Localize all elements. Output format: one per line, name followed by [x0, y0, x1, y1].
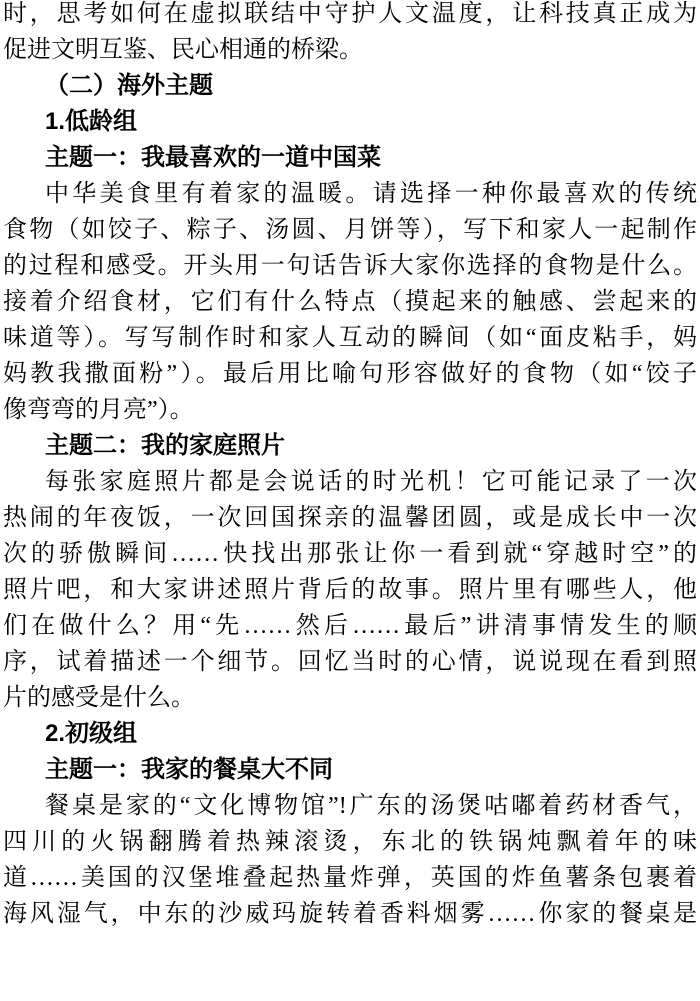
- body-text-line: 餐桌是家的“文化博物馆”!广东的汤煲咕嘟着药材香气，: [3, 788, 697, 824]
- body-text-line: 的过程和感受。开头用一句话告诉大家你选择的食物是什么。: [3, 248, 697, 284]
- body-text-line: 片的感受是什么。: [3, 680, 697, 716]
- body-text-line: 照片吧，和大家讲述照片背后的故事。照片里有哪些人，他: [3, 572, 697, 608]
- body-text-line: 味道等）。写写制作时和家人互动的瞬间（如“面皮粘手，妈: [3, 320, 697, 356]
- heading-line: 主题一：我家的餐桌大不同: [3, 752, 697, 788]
- body-text-line: 促进文明互鉴、民心相通的桥梁。: [3, 32, 697, 68]
- body-text-line: 道……美国的汉堡堆叠起热量炸弹，英国的炸鱼薯条包裹着: [3, 860, 697, 896]
- body-text-line: 接着介绍食材，它们有什么特点（摸起来的触感、尝起来的: [3, 284, 697, 320]
- body-text-line: 海风湿气，中东的沙威玛旋转着香料烟雾……你家的餐桌是: [3, 896, 697, 932]
- heading-line: （二）海外主题: [3, 68, 697, 104]
- body-text-line: 妈教我撒面粉”）。最后用比喻句形容做好的食物（如“饺子: [3, 356, 697, 392]
- body-text-line: 中华美食里有着家的温暖。请选择一种你最喜欢的传统: [3, 176, 697, 212]
- heading-line: 主题二：我的家庭照片: [3, 428, 697, 464]
- body-text-line: 热闹的年夜饭，一次回国探亲的温馨团圆，或是成长中一次: [3, 500, 697, 536]
- heading-line: 主题一：我最喜欢的一道中国菜: [3, 140, 697, 176]
- body-text-line: 像弯弯的月亮”）。: [3, 392, 697, 428]
- body-text-line: 序，试着描述一个细节。回忆当时的心情，说说现在看到照: [3, 644, 697, 680]
- body-text-line: 时，思考如何在虚拟联结中守护人文温度，让科技真正成为: [3, 0, 697, 32]
- body-text-line: 食物（如饺子、粽子、汤圆、月饼等），写下和家人一起制作: [3, 212, 697, 248]
- body-text-line: 四川的火锅翻腾着热辣滚烫，东北的铁锅炖飘着年的味: [3, 824, 697, 860]
- heading-line: 1.低龄组: [3, 104, 697, 140]
- body-text-line: 次的骄傲瞬间……快找出那张让你一看到就“穿越时空”的: [3, 536, 697, 572]
- body-text-line: 每张家庭照片都是会说话的时光机！它可能记录了一次: [3, 464, 697, 500]
- heading-line: 2.初级组: [3, 716, 697, 752]
- document-lines: 时，思考如何在虚拟联结中守护人文温度，让科技真正成为促进文明互鉴、民心相通的桥梁…: [0, 0, 700, 932]
- body-text-line: 们在做什么？用“先……然后……最后”讲清事情发生的顺: [3, 608, 697, 644]
- document-page: 时，思考如何在虚拟联结中守护人文温度，让科技真正成为促进文明互鉴、民心相通的桥梁…: [0, 0, 700, 1001]
